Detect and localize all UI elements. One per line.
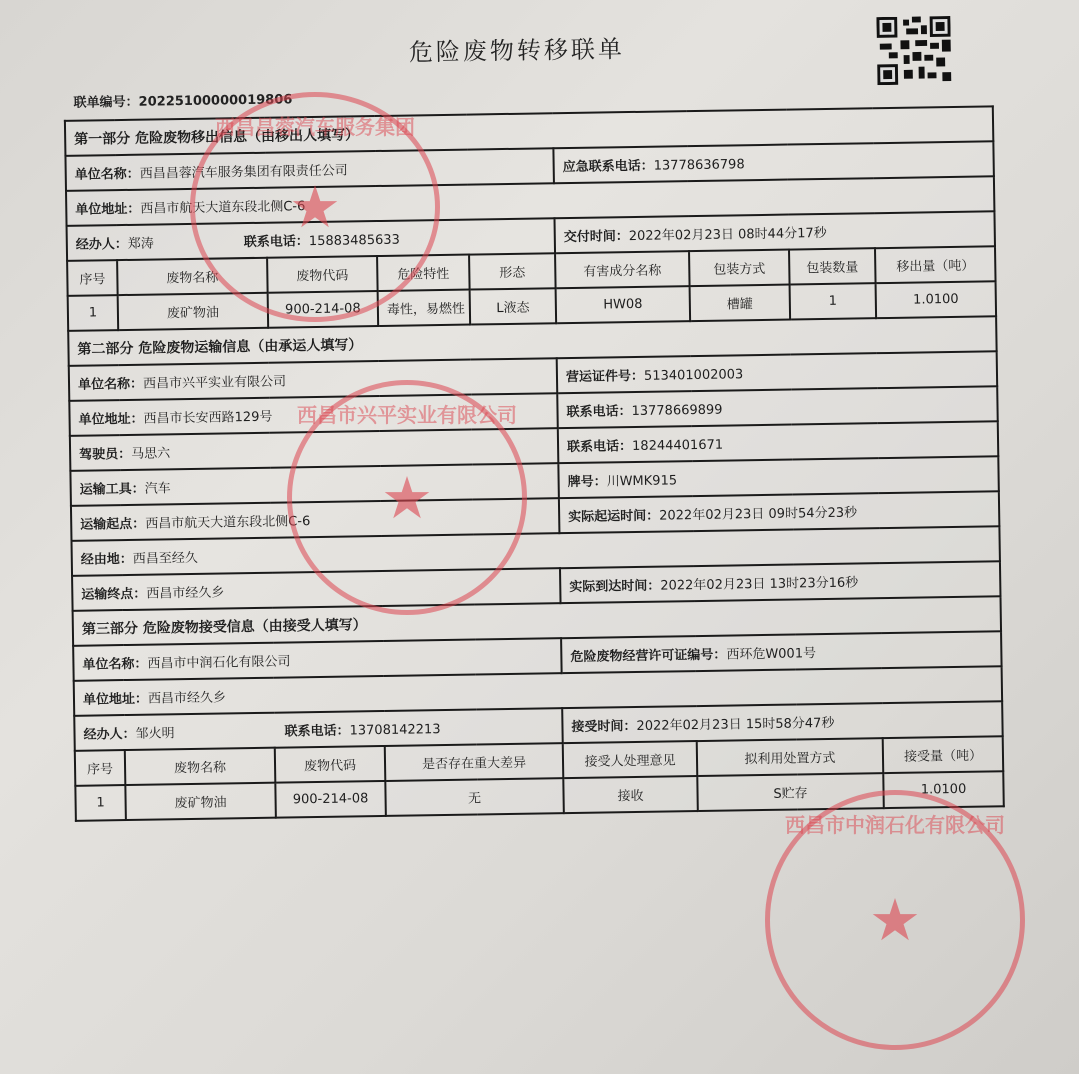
col-header: 接受量（吨） <box>883 736 1004 773</box>
cell-package-count: 1 <box>790 283 877 319</box>
col-header: 序号 <box>67 260 118 296</box>
col-header: 包装数量 <box>789 248 876 284</box>
cell-disposal-method: S贮存 <box>697 773 884 811</box>
col-header: 拟利用处置方式 <box>697 738 884 776</box>
manifest-number: 联单编号：20225100000019806 <box>73 88 292 110</box>
document-title: 危险废物转移联单 <box>409 29 626 67</box>
cell-received-quantity: 1.0100 <box>883 771 1004 808</box>
manifest-number-label: 联单编号： <box>74 95 139 111</box>
cell-waste-code: 900-214-08 <box>268 291 379 328</box>
qr-code-icon <box>876 16 951 85</box>
col-header: 移出量（吨） <box>875 246 996 283</box>
cell-major-discrepancy: 无 <box>385 778 564 816</box>
cell-waste-name: 废矿物油 <box>118 293 269 330</box>
cell-waste-code: 900-214-08 <box>275 781 386 818</box>
col-header: 序号 <box>75 750 126 786</box>
col-header: 是否存在重大差异 <box>385 743 564 781</box>
manifest-number-value: 20225100000019806 <box>139 92 293 109</box>
cell-hazard: 毒性，易燃性 <box>378 290 471 326</box>
cell-seq: 1 <box>68 295 119 331</box>
cell-form: L液态 <box>470 288 557 324</box>
col-header: 废物代码 <box>275 746 386 783</box>
col-header: 接受人处理意见 <box>563 741 698 778</box>
cell-waste-name: 废矿物油 <box>125 783 276 820</box>
cell-out-quantity: 1.0100 <box>876 281 997 318</box>
cell-receiver-opinion: 接收 <box>563 776 698 813</box>
col-header: 危险特性 <box>377 255 470 291</box>
col-header: 形态 <box>469 253 556 289</box>
col-header: 废物名称 <box>117 258 268 295</box>
col-header: 废物名称 <box>125 748 276 785</box>
col-header: 有害成分名称 <box>555 251 690 288</box>
col-header: 废物代码 <box>267 256 378 293</box>
cell-packaging: 槽罐 <box>690 285 791 322</box>
col-header: 包装方式 <box>689 250 790 287</box>
cell-seq: 1 <box>75 785 126 821</box>
cell-harmful-component: HW08 <box>556 286 691 323</box>
manifest-form: 第一部分 危险废物移出信息（由移出人填写） 单位名称：西昌昌蓉汽车服务集团有限责… <box>64 105 1005 822</box>
